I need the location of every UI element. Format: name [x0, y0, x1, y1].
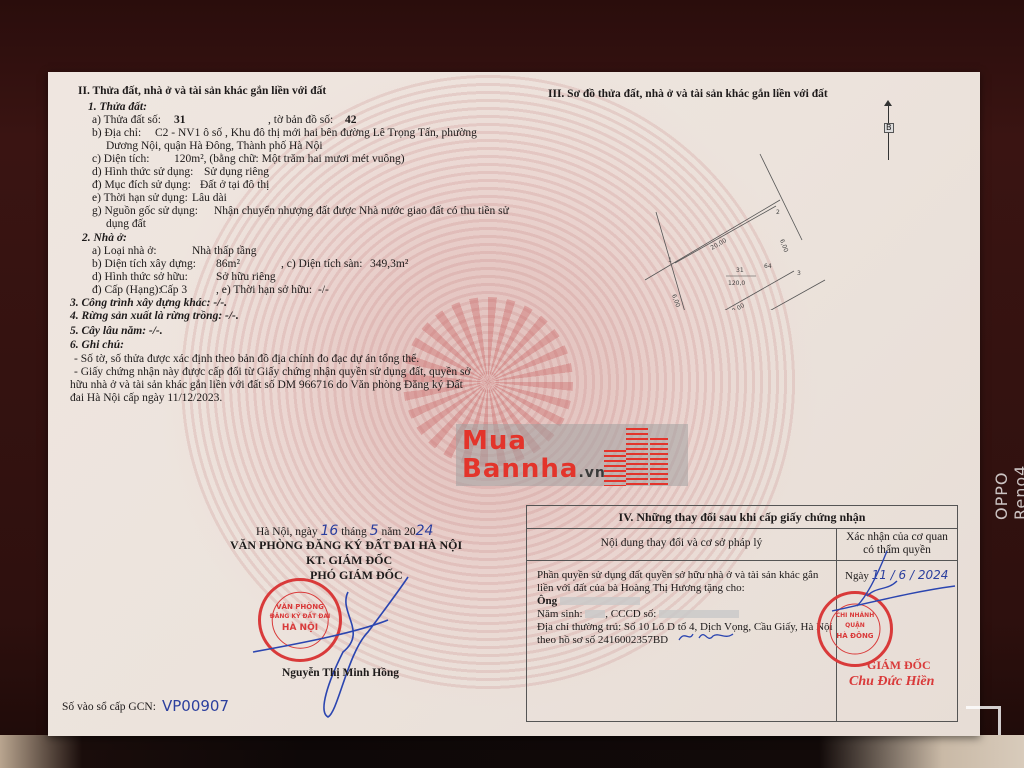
- build-area-value: 86m²: [216, 257, 240, 271]
- notes-heading: 6. Ghi chú:: [70, 338, 124, 352]
- floor-area-label: , c) Diện tích sàn:: [281, 257, 362, 271]
- note-line-3: hữu nhà ở và tài sản khác gắn liền với đ…: [70, 378, 463, 392]
- note-line-2: - Giấy chứng nhận này được cấp đổi từ Gi…: [74, 365, 471, 379]
- note-line-1: - Số tờ, số thửa được xác định theo bản …: [74, 352, 419, 366]
- certificate-page: II. Thửa đất, nhà ở và tài sản khác gắn …: [48, 72, 980, 736]
- redacted-id: [659, 610, 739, 618]
- confirm-signature: [827, 546, 957, 626]
- edge-right: 6,00: [778, 238, 789, 253]
- table-surface: [0, 735, 1024, 768]
- watermark-text-2: Bannha.vn: [462, 454, 606, 484]
- address-label: b) Địa chỉ:: [92, 126, 141, 140]
- watermark-logo: Mua Bannha.vn: [456, 424, 688, 486]
- use-form-label: d) Hình thức sử dụng:: [92, 165, 193, 179]
- house-type-label: a) Loại nhà ở:: [92, 244, 157, 258]
- origin-value-2: dụng đất: [106, 217, 146, 231]
- ownership-term-value: -/-: [318, 283, 329, 297]
- change-line-3: Ông: [537, 594, 640, 608]
- vertex-3: 3: [797, 270, 801, 277]
- change-line-1: Phần quyền sử dụng đất quyền sở hữu nhà …: [537, 568, 818, 582]
- build-area-label: b) Diện tích xây dựng:: [92, 257, 196, 271]
- building-icon: [626, 428, 648, 486]
- land-heading: 1. Thửa đất:: [88, 100, 147, 114]
- address-value-2: Dương Nội, quận Hà Đông, Thành phố Hà Nộ…: [106, 139, 323, 153]
- north-arrow-head-icon: [884, 100, 892, 106]
- col-content-header: Nội dung thay đổi và cơ sở pháp lý: [527, 537, 836, 549]
- area-label: c) Diện tích:: [92, 152, 149, 166]
- ownership-label: d) Hình thức sở hữu:: [92, 270, 188, 284]
- building-icon: [650, 438, 668, 486]
- area-value: 120m², (bằng chữ: Một trăm hai mươi mét …: [174, 152, 405, 166]
- vertex-2: 2: [776, 209, 780, 216]
- initials-signature: [677, 626, 737, 646]
- building-icon: [604, 450, 626, 486]
- edge-top: 20,00: [710, 237, 729, 252]
- section-iii-title: III. Sơ đồ thửa đất, nhà ở và tài sản kh…: [548, 88, 828, 100]
- use-purpose-label: đ) Mục đích sử dụng:: [92, 178, 191, 192]
- signature-scribble: [248, 572, 418, 722]
- director-title: KT. GIÁM ĐỐC: [306, 553, 392, 567]
- changes-table-title: IV. Những thay đổi sau khi cấp giấy chứn…: [527, 506, 957, 529]
- watermark-suffix: .vn: [578, 465, 605, 481]
- north-label: B: [884, 123, 894, 133]
- watermark-text-1: Mua: [462, 426, 527, 456]
- change-line-4: Năm sinh: , CCCD số:: [537, 607, 739, 621]
- house-type-value: Nhà thấp tầng: [192, 244, 257, 258]
- use-term-value: Lâu dài: [192, 191, 227, 205]
- signer-name: Nguyễn Thị Minh Hồng: [282, 666, 399, 680]
- grade-label: đ) Cấp (Hạng):: [92, 283, 162, 297]
- house-heading: 2. Nhà ở:: [82, 231, 127, 245]
- other-construction: 3. Công trình xây dựng khác: -/-.: [70, 296, 227, 310]
- use-term-label: e) Thời hạn sử dụng:: [92, 191, 188, 205]
- floor-area-value: 349,3m²: [370, 257, 408, 271]
- parcel-number: 31: [736, 267, 744, 274]
- change-line-2: liền với đất của bà Hoàng Thị Hương tặng…: [537, 581, 745, 595]
- neighbor-label: 64: [764, 263, 772, 270]
- use-purpose-value: Đất ở tại đô thị: [200, 178, 269, 192]
- confirm-title: GIÁM ĐỐC: [867, 658, 931, 673]
- confirm-signer: Chu Đức Hiền: [849, 674, 934, 690]
- registry-label: Số vào sổ cấp GCN:: [62, 700, 156, 714]
- changes-table: IV. Những thay đổi sau khi cấp giấy chứn…: [526, 505, 958, 722]
- ownership-value: Sở hữu riêng: [216, 270, 276, 284]
- camera-watermark: OPPO Reno4: [992, 465, 1024, 520]
- origin-label: g) Nguồn gốc sử dụng:: [92, 204, 198, 218]
- map-sheet-value: 42: [345, 113, 357, 127]
- note-line-4: đai Hà Nội cấp ngày 11/12/2023.: [70, 391, 222, 405]
- use-form-value: Sử dụng riêng: [204, 165, 269, 179]
- registry-value: VP00907: [162, 697, 229, 715]
- land-parcel-label: a) Thửa đất số:: [92, 113, 161, 127]
- redacted-name: [560, 597, 640, 605]
- land-parcel-value: 31: [174, 113, 186, 127]
- perennial-trees: 5. Cây lâu năm: -/-.: [70, 324, 163, 338]
- address-value-1: C2 - NV1 ô số , Khu đô thị mới hai bên đ…: [155, 126, 477, 140]
- change-line-6: theo hồ sơ số 2416002357BD: [537, 633, 668, 647]
- corner-mark-icon: [966, 706, 1001, 735]
- origin-value-1: Nhận chuyển nhượng đất được Nhà nước gia…: [214, 204, 509, 218]
- issuing-office: VĂN PHÒNG ĐĂNG KÝ ĐẤT ĐAI HÀ NỘI: [230, 538, 462, 552]
- map-sheet-label: , tờ bản đồ số:: [268, 113, 333, 127]
- parcel-sketch: 1 2 3 4 20,00 20,00 6,00 6,00 31 120,0 6…: [590, 140, 830, 310]
- issue-date: Hà Nội, ngày 16 tháng 5 năm 2024: [256, 524, 433, 539]
- section-ii-title: II. Thửa đất, nhà ở và tài sản khác gắn …: [78, 85, 326, 97]
- parcel-area: 120,0: [728, 280, 745, 287]
- grade-value: Cấp 3: [160, 283, 187, 297]
- vertex-1: 1: [668, 257, 672, 264]
- edge-left: 6,00: [670, 293, 681, 308]
- ownership-term-label: , e) Thời hạn sở hữu:: [216, 283, 312, 297]
- planted-forest: 4. Rừng sản xuất là rừng trồng: -/-.: [70, 309, 239, 323]
